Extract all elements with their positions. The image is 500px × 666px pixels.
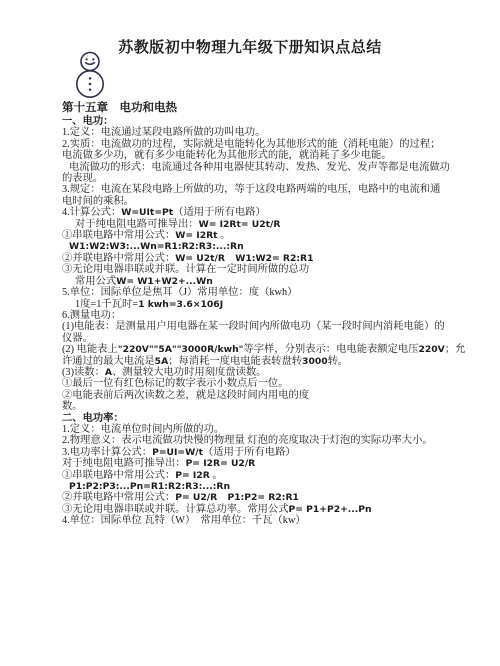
text-line: ①最后一位有红色标记的数字表示小数点后一位。 [62, 378, 454, 389]
text-line: W1:W2:W3:...Wn=R1:R2:R3:...:Rn [62, 241, 454, 252]
body-text: 转。 [328, 356, 349, 367]
formula-text: W1:W2:W3:...Wn=R1:R2:R3:...:Rn [69, 241, 244, 252]
text-line: 的表现。 [62, 173, 454, 184]
formula-text: "220V""5A""3000R/kwh" [118, 344, 244, 355]
body-text: ②电能表前后两次读数之差，就是这段时间内用电的度 [62, 390, 309, 401]
formula-text: P= I2R= U2/R [186, 458, 256, 469]
formula-text: W=UIt=Pt [121, 207, 173, 218]
text-line: 3.规定：电流在某段电路上所做的功，等于这段电路两端的电压，电路中的电流和通 [62, 184, 454, 195]
formula-text: W1:W2= R2:R1 [235, 253, 313, 264]
text-line: P1:P2:P3:...Pn=R1:R2:R3:...:Rn [62, 481, 454, 492]
body-text: ①串联电路中常用公式： [62, 470, 175, 481]
body-text: (2) 电能表上 [62, 344, 118, 355]
formula-text: P= U2/R [175, 492, 217, 503]
body-text: ③无论用电器串联或并联。计算总功率。常用公式 [62, 504, 289, 515]
body-text [217, 492, 227, 503]
body-text: ②并联电路中常用公式： [62, 253, 175, 264]
body-text: 的表现。 [62, 173, 103, 184]
text-line: 1.定义：电流单位时间内所做的功。 [62, 424, 454, 435]
body-text: ；每消耗一度电电能表转盘转 [168, 356, 302, 367]
body-text: 4.单位：国际单位 瓦特（W） 常用单位：千瓦（kw） [62, 515, 306, 526]
text-line: 4.单位：国际单位 瓦特（W） 常用单位：千瓦（kw） [62, 515, 454, 526]
text-line: 1.定义：电流通过某段电路所做的功叫电功。 [62, 127, 454, 138]
text-line: ③无论用电器串联或并联。计算在一定时间所做的总功 [62, 264, 454, 275]
body-text: ②并联电路中常用公式： [62, 492, 175, 503]
body-text: 等字样，分别表示：电电能表额定电压 [243, 344, 418, 355]
body-text: 电时间的乘积。 [62, 196, 134, 207]
body-text: ；允 [445, 344, 466, 355]
text-line: ②电能表前后两次读数之差，就是这段时间内用电的度 [62, 390, 454, 401]
document-body: 第十五章 电功和电热一、电功：1.定义：电流通过某段电路所做的功叫电功。2.实质… [62, 101, 454, 527]
formula-text: P1:P2= R2:R1 [227, 492, 298, 503]
formula-text: P=UI=W/t [152, 447, 203, 458]
formula-text: W= W1+W2+...Wn [116, 276, 213, 287]
body-text: 3.电功率计算公式： [62, 447, 152, 458]
text-line: 电流做功的形式：电流通过各种用电器使其转动、发热、发光、发声等都是电流做功 [62, 162, 454, 173]
body-text: 一、电功： [62, 116, 113, 127]
formula-text: W= U2t/R [175, 253, 225, 264]
formula-text: P1:P2:P3:...Pn=R1:R2:R3:...:Rn [69, 481, 230, 492]
body-text: 1.定义：电流通过某段电路所做的功叫电功。 [62, 127, 265, 138]
text-line: 1度=1千瓦时=1 kwh=3.6×106J [62, 299, 454, 310]
text-line: 3.电功率计算公式：P=UI=W/t（适用于所有电路） [62, 447, 454, 458]
text-line: ③无论用电器串联或并联。计算总功率。常用公式P= P1+P2+...Pn [62, 504, 454, 515]
text-line: (2) 电能表上"220V""5A""3000R/kwh"等字样，分别表示：电电… [62, 344, 454, 355]
text-line: 电时间的乘积。 [62, 196, 454, 207]
body-text: (3)读数： [62, 367, 105, 378]
body-text: 数。 [62, 401, 83, 412]
body-text: ①串联电路中常用公式： [62, 230, 175, 241]
text-line: 电流做多少功，就有多少电能转化为其他形式的能，就消耗了多少电能。 [62, 150, 454, 161]
body-text [225, 253, 235, 264]
text-line: 许通过的最大电流是5A；每消耗一度电电能表转盘转3000转。 [62, 356, 454, 367]
text-line: 6.测量电功： [62, 310, 454, 321]
body-text: 。 [218, 230, 231, 241]
text-line: ②并联电路中常用公式：P= U2/R P1:P2= R2:R1 [62, 492, 454, 503]
formula-text: 3000 [302, 356, 328, 367]
body-text: 第十五章 电功和电热 [62, 102, 177, 114]
text-line: 仪器。 [62, 333, 454, 344]
body-text: 6.测量电功： [62, 310, 121, 321]
formula-text: 5A [155, 356, 169, 367]
text-line: ①串联电路中常用公式：W= I2Rt 。 [62, 230, 454, 241]
body-text: 1度=1千瓦时= [75, 299, 138, 310]
formula-text: P= I2R [175, 470, 210, 481]
body-text: 电流做多少功，就有多少电能转化为其他形式的能，就消耗了多少电能。 [62, 150, 392, 161]
formula-text: P= P1+P2+...Pn [289, 504, 372, 515]
body-text: 仪器。 [62, 333, 93, 344]
formula-text: 1 kwh=3.6×106J [138, 299, 223, 310]
text-line: 数。 [62, 401, 454, 412]
text-line: 4.计算公式：W=UIt=Pt（适用于所有电路） [62, 207, 454, 218]
document-page: 苏教版初中物理九年级下册知识点总结 第十五章 电功和电热一、电功：1.定义：电流… [0, 0, 500, 666]
text-line: 2.实质：电流做功的过程，实际就是电能转化为其他形式的能（消耗电能）的过程； [62, 139, 454, 150]
text-line: 5.单位：国际单位是焦耳（J）常用单位：度（kwh） [62, 287, 454, 298]
body-text: 对于纯电阻电路可推导出： [62, 458, 186, 469]
section-heading: 二、电功率： [62, 413, 454, 424]
body-text: 二、电功率： [62, 413, 124, 424]
body-text: 电流做功的形式：电流通过各种用电器使其转动、发热、发光、发声等都是电流做功 [69, 162, 450, 173]
body-text: （适用于所有电路） [203, 447, 296, 458]
body-text: (1)电能表：是测量用户用电器在某一段时间内所做电功（某一段时间内消耗电能）的 [62, 321, 445, 332]
chapter-heading: 第十五章 电功和电热 [62, 101, 454, 116]
formula-text: A [105, 367, 112, 378]
snowman-icon [72, 51, 108, 99]
body-text: 对于纯电阻电路可推导出： [75, 219, 199, 230]
body-text: 常用公式 [75, 276, 116, 287]
body-text: ③无论用电器串联或并联。计算在一定时间所做的总功 [62, 264, 309, 275]
formula-text: W= I2Rt [175, 230, 217, 241]
formula-text: 220V [418, 344, 444, 355]
body-text: （适用于所有电路） [173, 207, 266, 218]
body-text: 2.物理意义：表示电流做功快慢的物理量 灯泡的亮度取决于灯泡的实际功率大小。 [62, 435, 433, 446]
text-line: (1)电能表：是测量用户用电器在某一段时间内所做电功（某一段时间内消耗电能）的 [62, 321, 454, 332]
body-text: 许通过的最大电流是 [62, 356, 155, 367]
section-heading: 一、电功： [62, 116, 454, 127]
body-text: 2.实质：电流做功的过程，实际就是电能转化为其他形式的能（消耗电能）的过程； [62, 139, 440, 150]
text-line: 常用公式W= W1+W2+...Wn [62, 276, 454, 287]
text-line: ①串联电路中常用公式：P= I2R 。 [62, 470, 454, 481]
body-text: 3.规定：电流在某段电路上所做的功，等于这段电路两端的电压，电路中的电流和通 [62, 184, 440, 195]
text-line: 2.物理意义：表示电流做功快慢的物理量 灯泡的亮度取决于灯泡的实际功率大小。 [62, 435, 454, 446]
text-line: 对于纯电阻电路可推导出：W= I2Rt= U2t/R [62, 219, 454, 230]
body-text: 4.计算公式： [62, 207, 121, 218]
text-line: ②并联电路中常用公式：W= U2t/R W1:W2= R2:R1 [62, 253, 454, 264]
text-line: (3)读数：A、测量较大电功时用刻度盘读数。 [62, 367, 454, 378]
body-text: 、测量较大电功时用刻度盘读数。 [112, 367, 266, 378]
formula-text: W= I2Rt= U2t/R [199, 219, 281, 230]
body-text: 。 [210, 470, 223, 481]
text-line: 对于纯电阻电路可推导出：P= I2R= U2/R [62, 458, 454, 469]
body-text: 5.单位：国际单位是焦耳（J）常用单位：度（kwh） [62, 287, 297, 298]
body-text: 1.定义：电流单位时间内所做的功。 [62, 424, 224, 435]
body-text: ①最后一位有红色标记的数字表示小数点后一位。 [62, 378, 289, 389]
